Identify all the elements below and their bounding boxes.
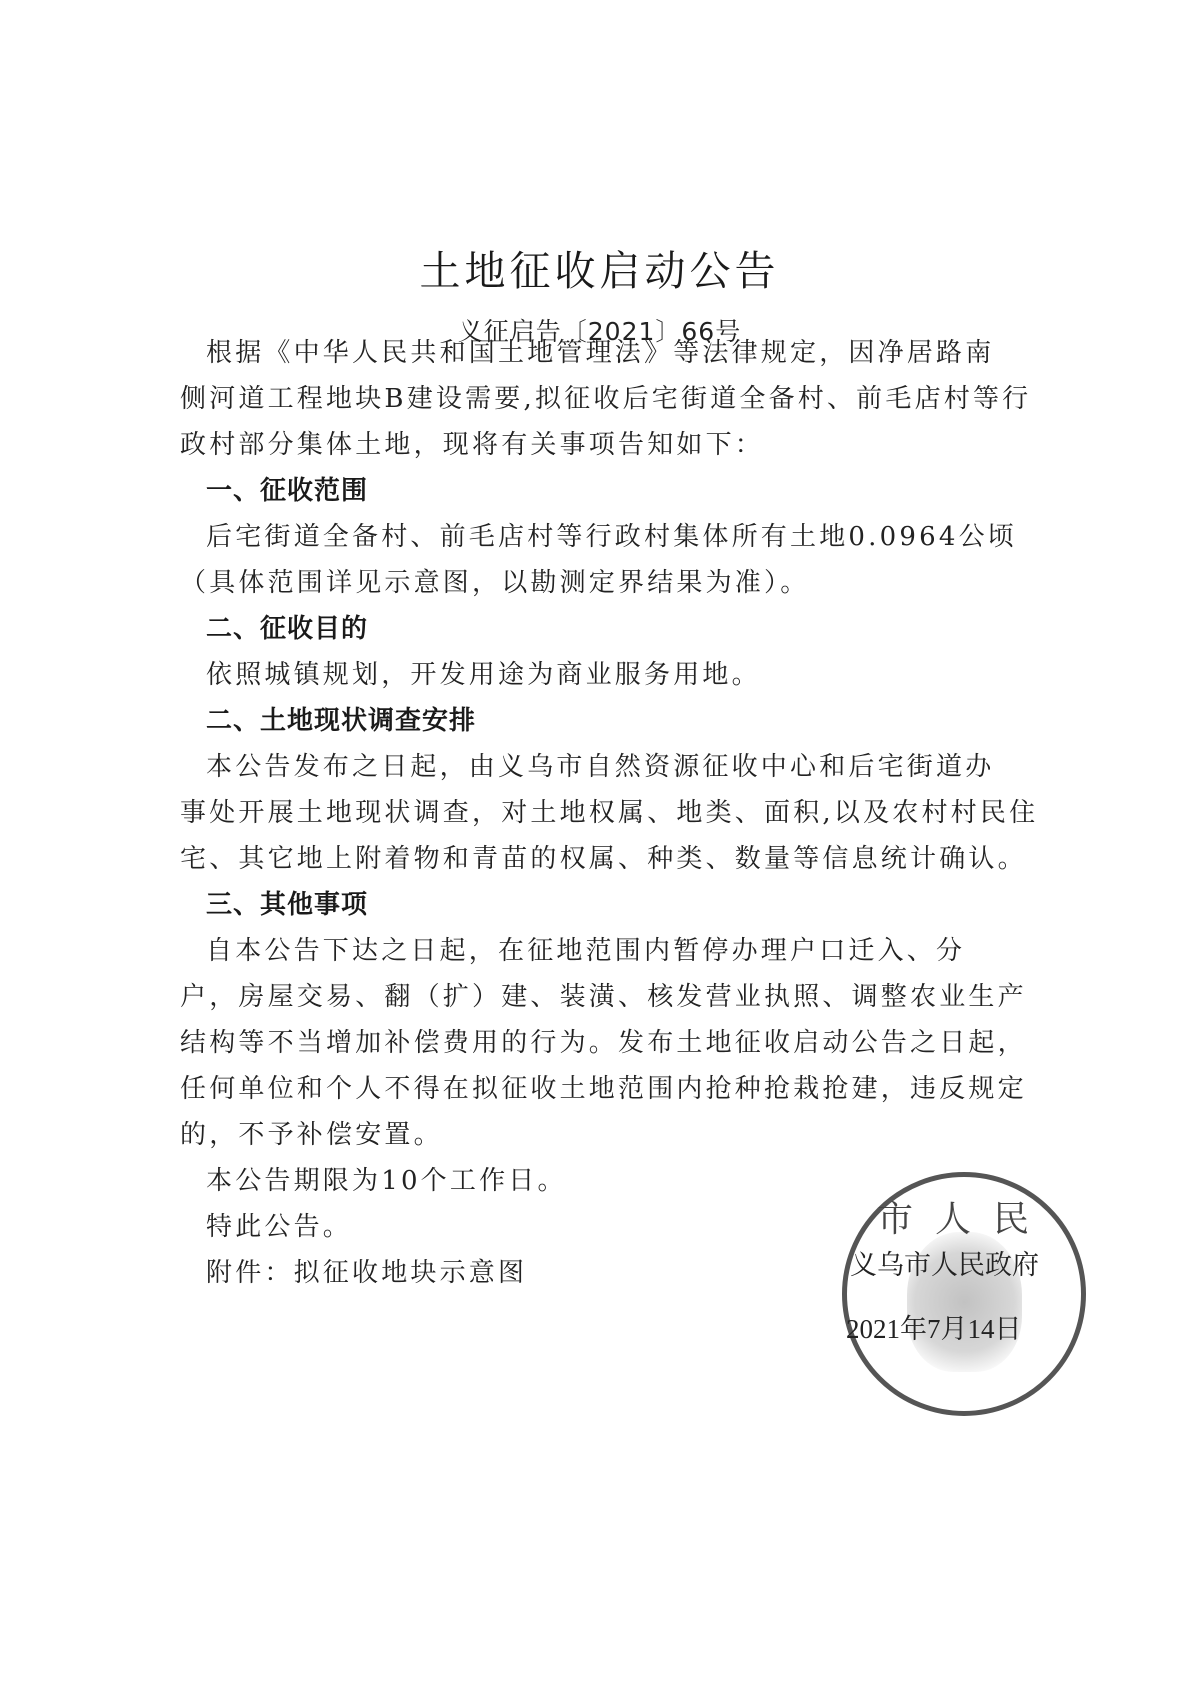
document-page: 土地征收启动公告 义征启告〔2021〕66号 根据《中华人民共和国土地管理法》等… <box>0 0 1199 1696</box>
signing-organization: 义乌市人民政府 <box>850 1252 1039 1279</box>
section-line: 的，不予补偿安置。 <box>180 1122 443 1148</box>
section-line: 户，房屋交易、翻（扩）建、装潢、核发营业执照、调整农业生产 <box>180 984 1027 1010</box>
section-line: （具体范围详见示意图，以勘测定界结果为准）。 <box>180 570 809 596</box>
section-line: 本公告发布之日起，由义乌市自然资源征收中心和后宅街道办 <box>206 754 994 780</box>
section-heading: 一、征收范围 <box>206 478 368 504</box>
document-title: 土地征收启动公告 <box>0 238 1199 297</box>
section-line: 后宅街道全备村、前毛店村等行政村集体所有土地0.0964公顷 <box>206 524 1017 550</box>
section-line: 事处开展土地现状调查，对土地权属、地类、面积,以及农村村民住 <box>180 800 1038 826</box>
attachment-line: 附件：拟征收地块示意图 <box>206 1260 527 1286</box>
section-line: 依照城镇规划，开发用途为商业服务用地。 <box>206 662 761 688</box>
section-line: 任何单位和个人不得在拟征收土地范围内抢种抢栽抢建，违反规定 <box>180 1076 1027 1102</box>
official-seal: 市人民 <box>842 1172 1086 1416</box>
intro-line: 政村部分集体土地，现将有关事项告知如下： <box>180 432 764 458</box>
intro-line: 根据《中华人民共和国土地管理法》等法律规定，因净居路南 <box>206 340 994 366</box>
section-heading: 二、征收目的 <box>206 616 368 642</box>
intro-line: 侧河道工程地块B建设需要,拟征收后宅街道全备村、前毛店村等行 <box>180 386 1031 412</box>
section-line: 宅、其它地上附着物和青苗的权属、种类、数量等信息统计确认。 <box>180 846 1027 872</box>
seal-text: 市人民 <box>847 1191 1081 1242</box>
signing-date: 2021年7月14日 <box>846 1316 1022 1343</box>
section-heading: 二、土地现状调查安排 <box>206 708 476 734</box>
section-line: 自本公告下达之日起，在征地范围内暂停办理户口迁入、分 <box>206 938 965 964</box>
section-line: 结构等不当增加补偿费用的行为。发布土地征收启动公告之日起， <box>180 1030 1027 1056</box>
closing-line: 特此公告。 <box>206 1214 352 1240</box>
closing-line: 本公告期限为10个工作日。 <box>206 1168 567 1194</box>
section-heading: 三、其他事项 <box>206 892 368 918</box>
